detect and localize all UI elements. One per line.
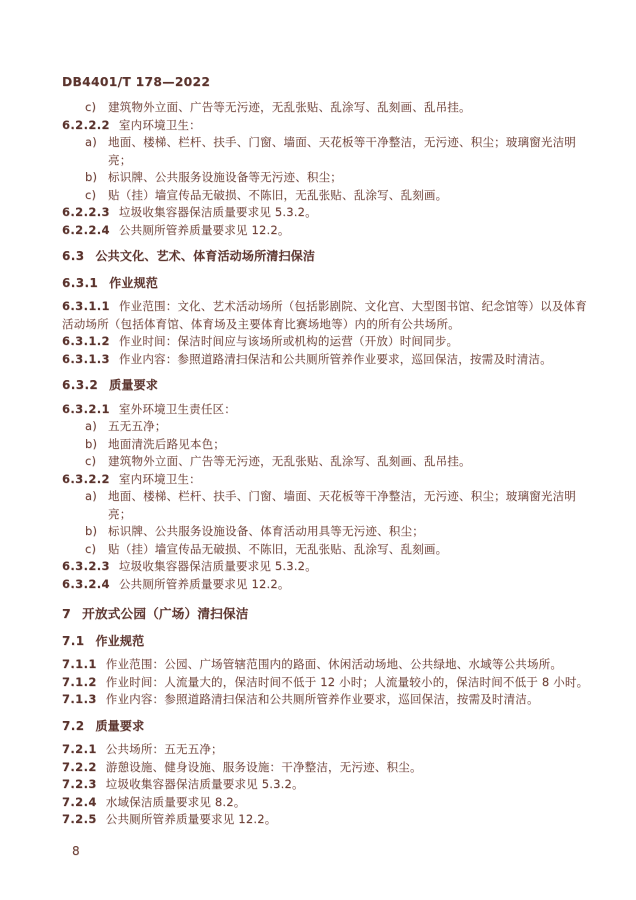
clause-7.2.1: 7.2.1公共场所：五无五净；: [62, 741, 580, 759]
line-text: 开放式公园（广场）清扫保洁: [82, 606, 248, 621]
h3-6.3.1: 6.3.1作业规范: [62, 275, 580, 293]
line-text: 作业时间：人流量大的，保洁时间不低于 12 小时；人流量较小的，保洁时间不低于 …: [106, 675, 589, 689]
line-text: 公共厕所管养质量要求见 12.2。: [119, 223, 290, 237]
line-text: 活动场所（包括体育馆、体育场及主要体育比赛场地等）内的所有公共场所。: [62, 317, 460, 331]
line-text: 亮；: [108, 153, 131, 167]
clause-number: 6.3.1.2: [62, 334, 110, 348]
clause-6.3.2.1: 6.3.2.1室外环境卫生责任区：: [62, 401, 580, 419]
list-marker: c): [85, 99, 100, 117]
clause-6.3.2.3: 6.3.2.3垃圾收集容器保洁质量要求见 5.3.2。: [62, 558, 580, 576]
document-content: c)建筑物外立面、广告等无污迹，无乱张贴、乱涂写、乱刻画、乱吊挂。6.2.2.2…: [62, 99, 580, 829]
line-text: 室内环境卫生：: [119, 118, 201, 132]
list-line-5: c)贴（挂）墙宣传品无破损、不陈旧，无乱张贴、乱涂写、乱刻画。: [62, 187, 580, 205]
clause-number: 7.2.5: [62, 812, 97, 826]
clause-6.2.2.3: 6.2.2.3垃圾收集容器保洁质量要求见 5.3.2。: [62, 204, 580, 222]
clause-number: 7: [62, 606, 71, 621]
list-marker: b): [85, 523, 100, 541]
clause-6.3.1.3: 6.3.1.3作业内容：参照道路清扫保洁和公共厕所管养作业要求，巡回保洁，按需及…: [62, 351, 580, 369]
line-text: 贴（挂）墙宣传品无破损、不陈旧，无乱张贴、乱涂写、乱刻画。: [108, 542, 447, 556]
h2-7.2: 7.2质量要求: [62, 718, 580, 736]
clause-number: 7.2.3: [62, 777, 97, 791]
clause-number: 6.3.1: [62, 276, 98, 290]
line-text: 亮；: [108, 507, 131, 521]
clause-number: 7.1.2: [62, 675, 97, 689]
line-text: 作业时间：保洁时间应与该场所或机构的运营（开放）时间同步。: [119, 334, 458, 348]
line-text: 作业范围：文化、艺术活动场所（包括影剧院、文化宫、大型图书馆、纪念馆等）以及体育: [119, 299, 587, 313]
line-text: 作业规范: [95, 634, 144, 648]
clause-number: 6.3.2.3: [62, 559, 110, 573]
clause-number: 7.2.1: [62, 742, 97, 756]
document-standard-number: DB4401/T 178—2022: [62, 74, 580, 91]
list-marker: b): [85, 436, 100, 454]
line-text: 质量要求: [109, 378, 158, 392]
clause-number: 7.2: [62, 719, 84, 733]
document-page: DB4401/T 178—2022 c)建筑物外立面、广告等无污迹，无乱张贴、乱…: [0, 0, 636, 900]
line-text: 贴（挂）墙宣传品无破损、不陈旧，无乱张贴、乱涂写、乱刻画。: [108, 188, 447, 202]
line-text: 地面、楼梯、栏杆、扶手、门窗、墙面、天花板等干净整洁，无污迹、积尘；玻璃窗光洁明: [108, 489, 576, 503]
line-text: 公共厕所管养质量要求见 12.2。: [119, 577, 290, 591]
list-line-23: c)贴（挂）墙宣传品无破损、不陈旧，无乱张贴、乱涂写、乱刻画。: [62, 541, 580, 559]
line-text: 垃圾收集容器保洁质量要求见 5.3.2。: [106, 777, 304, 791]
line-text: 水域保洁质量要求见 8.2。: [106, 795, 246, 809]
line-text: 垃圾收集容器保洁质量要求见 5.3.2。: [119, 559, 317, 573]
clause-number: 6.2.2.3: [62, 205, 110, 219]
page-number: 8: [72, 843, 580, 859]
clause-7.2.4: 7.2.4水域保洁质量要求见 8.2。: [62, 794, 580, 812]
clause-number: 6.2.2.2: [62, 118, 110, 132]
line-text: 建筑物外立面、广告等无污迹，无乱张贴、乱涂写、乱刻画、乱吊挂。: [108, 454, 471, 468]
clause-6.2.2.2: 6.2.2.2室内环境卫生：: [62, 117, 580, 135]
clause-7.2.2: 7.2.2游憩设施、健身设施、服务设施：干净整洁，无污迹、积尘。: [62, 759, 580, 777]
clause-6.3.1.2: 6.3.1.2作业时间：保洁时间应与该场所或机构的运营（开放）时间同步。: [62, 333, 580, 351]
line-text: 公共厕所管养质量要求见 12.2。: [106, 812, 277, 826]
list-marker: c): [85, 453, 100, 471]
line-text: 作业范围：公园、广场管辖范围内的路面、休闲活动场地、公共绿地、水域等公共场所。: [106, 657, 562, 671]
clause-number: 6.3: [62, 249, 84, 263]
clause-number: 7.1.1: [62, 657, 97, 671]
list-marker: a): [85, 134, 100, 152]
clause-7.1.1: 7.1.1作业范围：公园、广场管辖范围内的路面、休闲活动场地、公共绿地、水域等公…: [62, 656, 580, 674]
listwrap-line-21: 亮；: [62, 506, 580, 524]
list-line-20: a)地面、楼梯、栏杆、扶手、门窗、墙面、天花板等干净整洁，无污迹、积尘；玻璃窗光…: [62, 488, 580, 506]
line-text: 垃圾收集容器保洁质量要求见 5.3.2。: [119, 205, 317, 219]
chapter-7: 7开放式公园（广场）清扫保洁: [62, 605, 580, 623]
h2-6.3: 6.3公共文化、艺术、体育活动场所清扫保洁: [62, 248, 580, 266]
line-text: 作业内容：参照道路清扫保洁和公共厕所管养作业要求，巡回保洁，按需及时清洁。: [119, 352, 552, 366]
line-text: 作业内容：参照道路清扫保洁和公共厕所管养作业要求，巡回保洁，按需及时清洁。: [106, 692, 539, 706]
clause-number: 7.1.3: [62, 692, 97, 706]
list-marker: b): [85, 169, 100, 187]
line-text: 建筑物外立面、广告等无污迹，无乱张贴、乱涂写、乱刻画、乱吊挂。: [108, 100, 471, 114]
line-text: 公共场所：五无五净；: [106, 742, 223, 756]
list-line-22: b)标识牌、公共服务设施设备、体育活动用具等无污迹、积尘；: [62, 523, 580, 541]
line-text: 五无五净；: [108, 419, 167, 433]
clause-7.2.3: 7.2.3垃圾收集容器保洁质量要求见 5.3.2。: [62, 776, 580, 794]
clause-number: 6.3.2.4: [62, 577, 110, 591]
clause-number: 6.3.2.2: [62, 472, 110, 486]
line-text: 游憩设施、健身设施、服务设施：干净整洁，无污迹、积尘。: [106, 760, 422, 774]
h3-6.3.2: 6.3.2质量要求: [62, 377, 580, 395]
clause-6.3.2.2: 6.3.2.2室内环境卫生：: [62, 471, 580, 489]
list-line-2: a)地面、楼梯、栏杆、扶手、门窗、墙面、天花板等干净整洁，无污迹、积尘；玻璃窗光…: [62, 134, 580, 152]
list-marker: a): [85, 418, 100, 436]
clause-number: 7.2.2: [62, 760, 97, 774]
clause-number: 6.3.2.1: [62, 402, 110, 416]
clause-6.3.2.4: 6.3.2.4公共厕所管养质量要求见 12.2。: [62, 576, 580, 594]
list-marker: a): [85, 488, 100, 506]
list-line-18: c)建筑物外立面、广告等无污迹，无乱张贴、乱涂写、乱刻画、乱吊挂。: [62, 453, 580, 471]
line-text: 标识牌、公共服务设施设备、体育活动用具等无污迹、积尘；: [108, 524, 424, 538]
clause-number: 6.3.1.1: [62, 299, 110, 313]
clause-6.2.2.4: 6.2.2.4公共厕所管养质量要求见 12.2。: [62, 222, 580, 240]
clause-number: 6.3.1.3: [62, 352, 110, 366]
line-text: 作业规范: [109, 276, 158, 290]
list-line-4: b)标识牌、公共服务设施设备等无污迹、积尘；: [62, 169, 580, 187]
clause-7.1.2: 7.1.2作业时间：人流量大的，保洁时间不低于 12 小时；人流量较小的，保洁时…: [62, 674, 580, 692]
clause-number: 6.2.2.4: [62, 223, 110, 237]
line-text: 地面清洗后路见本色；: [108, 437, 225, 451]
line-text: 地面、楼梯、栏杆、扶手、门窗、墙面、天花板等干净整洁，无污迹、积尘；玻璃窗光洁明: [108, 135, 576, 149]
line-text: 室内环境卫生：: [119, 472, 201, 486]
list-line-0: c)建筑物外立面、广告等无污迹，无乱张贴、乱涂写、乱刻画、乱吊挂。: [62, 99, 580, 117]
list-marker: c): [85, 187, 100, 205]
listwrap-line-3: 亮；: [62, 152, 580, 170]
h2-7.1: 7.1作业规范: [62, 633, 580, 651]
wrap-line-11: 活动场所（包括体育馆、体育场及主要体育比赛场地等）内的所有公共场所。: [62, 316, 580, 334]
line-text: 质量要求: [95, 719, 144, 733]
clause-6.3.1.1: 6.3.1.1作业范围：文化、艺术活动场所（包括影剧院、文化宫、大型图书馆、纪念…: [62, 298, 580, 316]
line-text: 室外环境卫生责任区：: [119, 402, 236, 416]
clause-number: 7.1: [62, 634, 84, 648]
clause-number: 6.3.2: [62, 378, 98, 392]
list-line-17: b)地面清洗后路见本色；: [62, 436, 580, 454]
clause-number: 7.2.4: [62, 795, 97, 809]
list-line-16: a)五无五净；: [62, 418, 580, 436]
clause-7.2.5: 7.2.5公共厕所管养质量要求见 12.2。: [62, 811, 580, 829]
line-text: 公共文化、艺术、体育活动场所清扫保洁: [95, 249, 315, 263]
line-text: 标识牌、公共服务设施设备等无污迹、积尘；: [108, 170, 342, 184]
clause-7.1.3: 7.1.3作业内容：参照道路清扫保洁和公共厕所管养作业要求，巡回保洁，按需及时清…: [62, 691, 580, 709]
list-marker: c): [85, 541, 100, 559]
